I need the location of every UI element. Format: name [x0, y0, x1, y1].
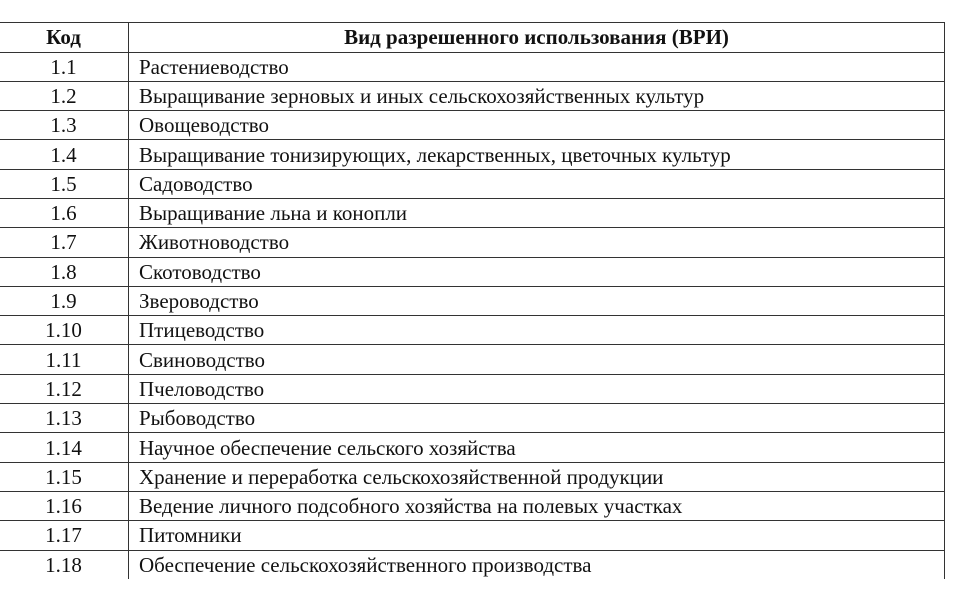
cell-land-use-name: Ведение личного подсобного хозяйства на …	[129, 491, 945, 520]
table-row: 1.18Обеспечение сельскохозяйственного пр…	[0, 550, 945, 579]
cell-land-use-name: Птицеводство	[129, 316, 945, 345]
cell-land-use-name: Животноводство	[129, 228, 945, 257]
cell-land-use-name: Рыбоводство	[129, 404, 945, 433]
header-land-use-type: Вид разрешенного использования (ВРИ)	[129, 23, 945, 53]
table-row: 1.6Выращивание льна и конопли	[0, 198, 945, 227]
cell-land-use-name: Скотоводство	[129, 257, 945, 286]
cell-code: 1.16	[0, 491, 129, 520]
cell-code: 1.8	[0, 257, 129, 286]
cell-code: 1.4	[0, 140, 129, 169]
table-row: 1.15Хранение и переработка сельскохозяйс…	[0, 462, 945, 491]
table-row: 1.9Звероводство	[0, 286, 945, 315]
table-row: 1.8Скотоводство	[0, 257, 945, 286]
table-row: 1.14Научное обеспечение сельского хозяйс…	[0, 433, 945, 462]
cell-land-use-name: Пчеловодство	[129, 374, 945, 403]
table-row: 1.17Питомники	[0, 521, 945, 550]
cell-land-use-name: Свиноводство	[129, 345, 945, 374]
cell-code: 1.14	[0, 433, 129, 462]
land-use-table-container: Код Вид разрешенного использования (ВРИ)…	[0, 22, 945, 579]
header-code: Код	[0, 23, 129, 53]
cell-code: 1.5	[0, 169, 129, 198]
cell-code: 1.2	[0, 81, 129, 110]
table-row: 1.4Выращивание тонизирующих, лекарственн…	[0, 140, 945, 169]
cell-code: 1.13	[0, 404, 129, 433]
cell-land-use-name: Выращивание льна и конопли	[129, 198, 945, 227]
table-row: 1.12Пчеловодство	[0, 374, 945, 403]
cell-land-use-name: Растениеводство	[129, 52, 945, 81]
table-row: 1.7Животноводство	[0, 228, 945, 257]
table-row: 1.13Рыбоводство	[0, 404, 945, 433]
table-row: 1.1Растениеводство	[0, 52, 945, 81]
cell-code: 1.9	[0, 286, 129, 315]
cell-code: 1.3	[0, 111, 129, 140]
cell-land-use-name: Выращивание зерновых и иных сельскохозяй…	[129, 81, 945, 110]
table-row: 1.3Овощеводство	[0, 111, 945, 140]
table-header-row: Код Вид разрешенного использования (ВРИ)	[0, 23, 945, 53]
cell-land-use-name: Научное обеспечение сельского хозяйства	[129, 433, 945, 462]
land-use-types-table: Код Вид разрешенного использования (ВРИ)…	[0, 22, 945, 579]
cell-land-use-name: Звероводство	[129, 286, 945, 315]
cell-code: 1.17	[0, 521, 129, 550]
cell-code: 1.12	[0, 374, 129, 403]
table-row: 1.10Птицеводство	[0, 316, 945, 345]
cell-land-use-name: Питомники	[129, 521, 945, 550]
cell-code: 1.7	[0, 228, 129, 257]
cell-land-use-name: Обеспечение сельскохозяйственного произв…	[129, 550, 945, 579]
cell-code: 1.10	[0, 316, 129, 345]
cell-land-use-name: Овощеводство	[129, 111, 945, 140]
table-row: 1.2Выращивание зерновых и иных сельскохо…	[0, 81, 945, 110]
cell-land-use-name: Выращивание тонизирующих, лекарственных,…	[129, 140, 945, 169]
cell-code: 1.18	[0, 550, 129, 579]
cell-code: 1.15	[0, 462, 129, 491]
table-body: 1.1Растениеводство1.2Выращивание зерновы…	[0, 52, 945, 579]
cell-code: 1.1	[0, 52, 129, 81]
table-row: 1.11Свиноводство	[0, 345, 945, 374]
cell-code: 1.11	[0, 345, 129, 374]
table-row: 1.5Садоводство	[0, 169, 945, 198]
cell-land-use-name: Хранение и переработка сельскохозяйствен…	[129, 462, 945, 491]
table-row: 1.16Ведение личного подсобного хозяйства…	[0, 491, 945, 520]
cell-code: 1.6	[0, 198, 129, 227]
cell-land-use-name: Садоводство	[129, 169, 945, 198]
